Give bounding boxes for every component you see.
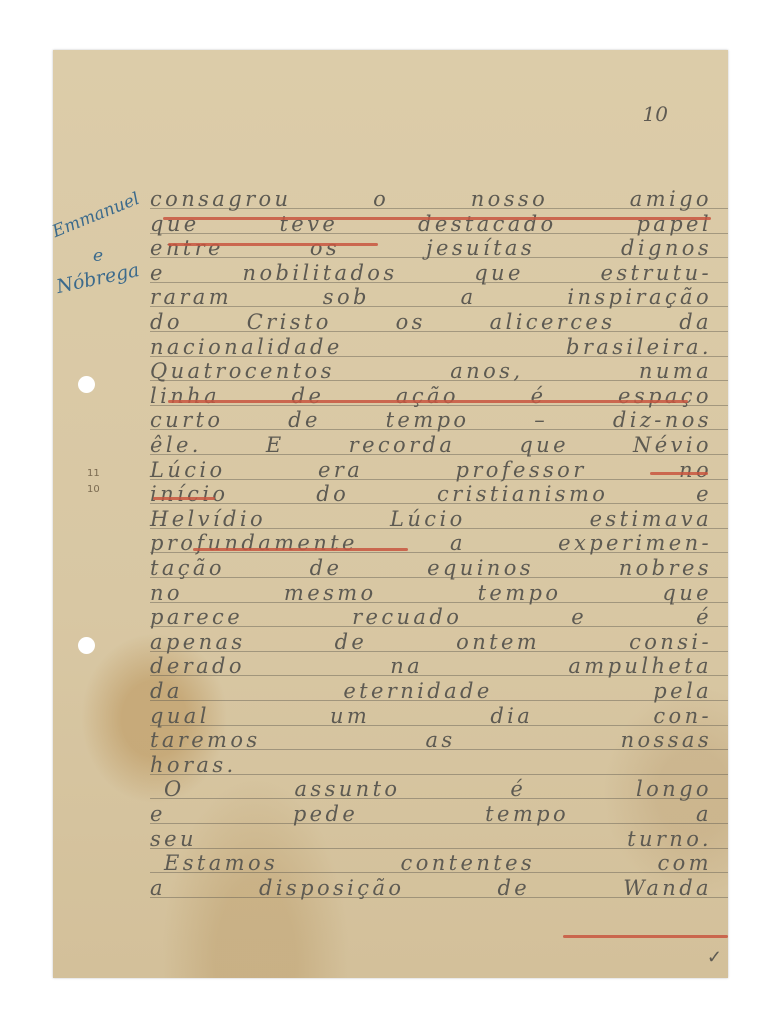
- text-line: parecerecuadoeé: [150, 606, 712, 628]
- text-line: Oassuntoélongo: [150, 778, 712, 800]
- red-underline: [193, 548, 408, 551]
- red-underline: [168, 243, 378, 246]
- word: consagrou: [150, 188, 291, 210]
- text-line: adisposiçãodeWanda: [150, 877, 712, 899]
- word: taremos: [150, 729, 261, 751]
- word: jesuítas: [426, 237, 535, 259]
- word: derado: [150, 655, 245, 677]
- word: tação: [150, 557, 225, 579]
- word: apenas: [150, 631, 246, 653]
- text-line: Lúcioeraprofessorno: [150, 459, 712, 481]
- word: êle.: [150, 434, 202, 456]
- text-line: taçãodeequinosnobres: [150, 557, 712, 579]
- red-underline: [650, 472, 708, 475]
- word: os: [310, 237, 340, 259]
- text-line: Quatrocentosanos,numa: [150, 360, 712, 382]
- word: diz-nos: [613, 409, 712, 431]
- word: um: [330, 705, 370, 727]
- word: da: [150, 680, 183, 702]
- word: assunto: [294, 778, 400, 800]
- word: os: [396, 311, 426, 333]
- manuscript-page: 10 Emmanuel e Nóbrega 11 10 consagrouono…: [53, 50, 728, 978]
- text-line: Estamoscontentescom: [150, 852, 712, 874]
- text-line: deradonaampulheta: [150, 655, 712, 677]
- word: Quatrocentos: [150, 360, 335, 382]
- word: e: [571, 606, 587, 628]
- word: –: [534, 409, 548, 431]
- text-line: entreosjesuítasdignos: [150, 237, 712, 259]
- word: de: [310, 557, 343, 579]
- word: as: [426, 729, 456, 751]
- word: do: [316, 483, 349, 505]
- word: Lúcio: [150, 459, 226, 481]
- word: que: [474, 262, 524, 284]
- margin-note-emmanuel: Emmanuel: [50, 189, 143, 242]
- red-underline: [153, 497, 215, 500]
- margin-mark: 10: [87, 484, 100, 495]
- word: é: [510, 778, 526, 800]
- word: nobilitados: [243, 262, 398, 284]
- word: é: [531, 385, 547, 407]
- text-line: seuturno.: [150, 828, 712, 850]
- word: horas.: [150, 754, 237, 776]
- word: parece: [150, 606, 243, 628]
- word: Estamos: [164, 852, 278, 874]
- word: tempo: [485, 803, 569, 825]
- word: nacionalidade: [150, 336, 343, 358]
- text-line: consagrouonossoamigo: [150, 188, 712, 210]
- word: disposição: [259, 877, 404, 899]
- word: tempo: [478, 582, 562, 604]
- word: seu: [150, 828, 197, 850]
- word: a: [150, 877, 166, 899]
- margin-mark: 11: [87, 468, 100, 479]
- word: Helvídio: [150, 508, 266, 530]
- word: que: [150, 213, 200, 235]
- text-line: apenasdeontemconsi-: [150, 631, 712, 653]
- word: do: [150, 311, 183, 333]
- word: linha: [150, 385, 220, 407]
- word: início: [150, 483, 228, 505]
- word: alicerces: [490, 311, 616, 333]
- text-line: iníciodocristianismoe: [150, 483, 712, 505]
- text-line: daeternidadepela: [150, 680, 712, 702]
- word: recorda: [349, 434, 456, 456]
- word: entre: [150, 237, 224, 259]
- margin-note-e: e: [93, 246, 103, 266]
- word: teve: [279, 213, 338, 235]
- text-line: quetevedestacadopapel: [150, 213, 712, 235]
- punch-hole-bottom: [78, 637, 95, 654]
- word: curto: [150, 409, 223, 431]
- text-line: nacionalidadebrasileira.: [150, 336, 712, 358]
- word: longo: [636, 778, 712, 800]
- word: inspiração: [567, 286, 712, 308]
- word: anos,: [450, 360, 523, 382]
- word: na: [390, 655, 423, 677]
- word: dignos: [621, 237, 712, 259]
- punch-hole-top: [78, 376, 95, 393]
- text-line: enobilitadosqueestrutu-: [150, 262, 712, 284]
- word: con-: [653, 705, 712, 727]
- red-underline: [168, 400, 688, 403]
- word: nossas: [621, 729, 712, 751]
- word: estimava: [590, 508, 712, 530]
- word: eternidade: [343, 680, 492, 702]
- word: e: [150, 803, 166, 825]
- text-line: HelvídioLúcioestimava: [150, 508, 712, 530]
- word: amigo: [630, 188, 712, 210]
- word: com: [657, 852, 712, 874]
- word: ação: [396, 385, 459, 407]
- word: da: [679, 311, 712, 333]
- word: contentes: [401, 852, 536, 874]
- word: nosso: [471, 188, 548, 210]
- check-mark-icon: ✓: [707, 947, 722, 968]
- word: de: [335, 631, 368, 653]
- word: Cristo: [247, 311, 332, 333]
- word: destacado: [418, 213, 557, 235]
- text-line: epedetempoa: [150, 803, 712, 825]
- word: e: [150, 262, 166, 284]
- red-underline: [163, 217, 711, 220]
- word: de: [497, 877, 530, 899]
- word: turno.: [627, 828, 712, 850]
- word: cristianismo: [437, 483, 608, 505]
- word: equinos: [427, 557, 534, 579]
- word: raram: [150, 286, 232, 308]
- text-line: profundamenteaexperimen-: [150, 532, 712, 554]
- word: professor: [456, 459, 587, 481]
- word: experimen-: [558, 532, 712, 554]
- word: que: [662, 582, 712, 604]
- word: O: [164, 778, 185, 800]
- word: de: [288, 409, 321, 431]
- word: E: [266, 434, 285, 456]
- word: Wanda: [623, 877, 712, 899]
- text-line: raramsobainspiração: [150, 286, 712, 308]
- word: é: [696, 606, 712, 628]
- word: profundamente: [150, 532, 358, 554]
- word: sob: [323, 286, 370, 308]
- word: era: [318, 459, 363, 481]
- word: ampulheta: [568, 655, 712, 677]
- word: a: [696, 803, 712, 825]
- word: a: [450, 532, 466, 554]
- word: tempo: [386, 409, 470, 431]
- word: Lúcio: [390, 508, 466, 530]
- word: no: [150, 582, 183, 604]
- word: o: [373, 188, 389, 210]
- text-line: linhadeaçãoéespaço: [150, 385, 712, 407]
- word: nobres: [619, 557, 712, 579]
- word: pela: [653, 680, 712, 702]
- word: qual: [150, 705, 210, 727]
- text-line: horas.: [150, 754, 712, 776]
- text-line: nomesmotempoque: [150, 582, 712, 604]
- word: de: [292, 385, 325, 407]
- text-line: taremosasnossas: [150, 729, 712, 751]
- page-number: 10: [643, 102, 668, 126]
- text-line: qualumdiacon-: [150, 705, 712, 727]
- word: pede: [293, 803, 358, 825]
- word: estrutu-: [601, 262, 712, 284]
- word: ontem: [456, 631, 540, 653]
- word: a: [461, 286, 477, 308]
- red-underline: [563, 935, 728, 938]
- word: consi-: [629, 631, 712, 653]
- word: brasileira.: [566, 336, 712, 358]
- text-line: curtodetempo–diz-nos: [150, 409, 712, 431]
- word: papel: [636, 213, 712, 235]
- word: e: [696, 483, 712, 505]
- word: dia: [490, 705, 533, 727]
- word: numa: [639, 360, 712, 382]
- word: Névio: [633, 434, 712, 456]
- word: no: [679, 459, 712, 481]
- word: recuado: [352, 606, 462, 628]
- word: espaço: [618, 385, 712, 407]
- text-line: doCristoosalicercesda: [150, 311, 712, 333]
- text-line: êle.ErecordaqueNévio: [150, 434, 712, 456]
- word: mesmo: [284, 582, 377, 604]
- word: que: [519, 434, 569, 456]
